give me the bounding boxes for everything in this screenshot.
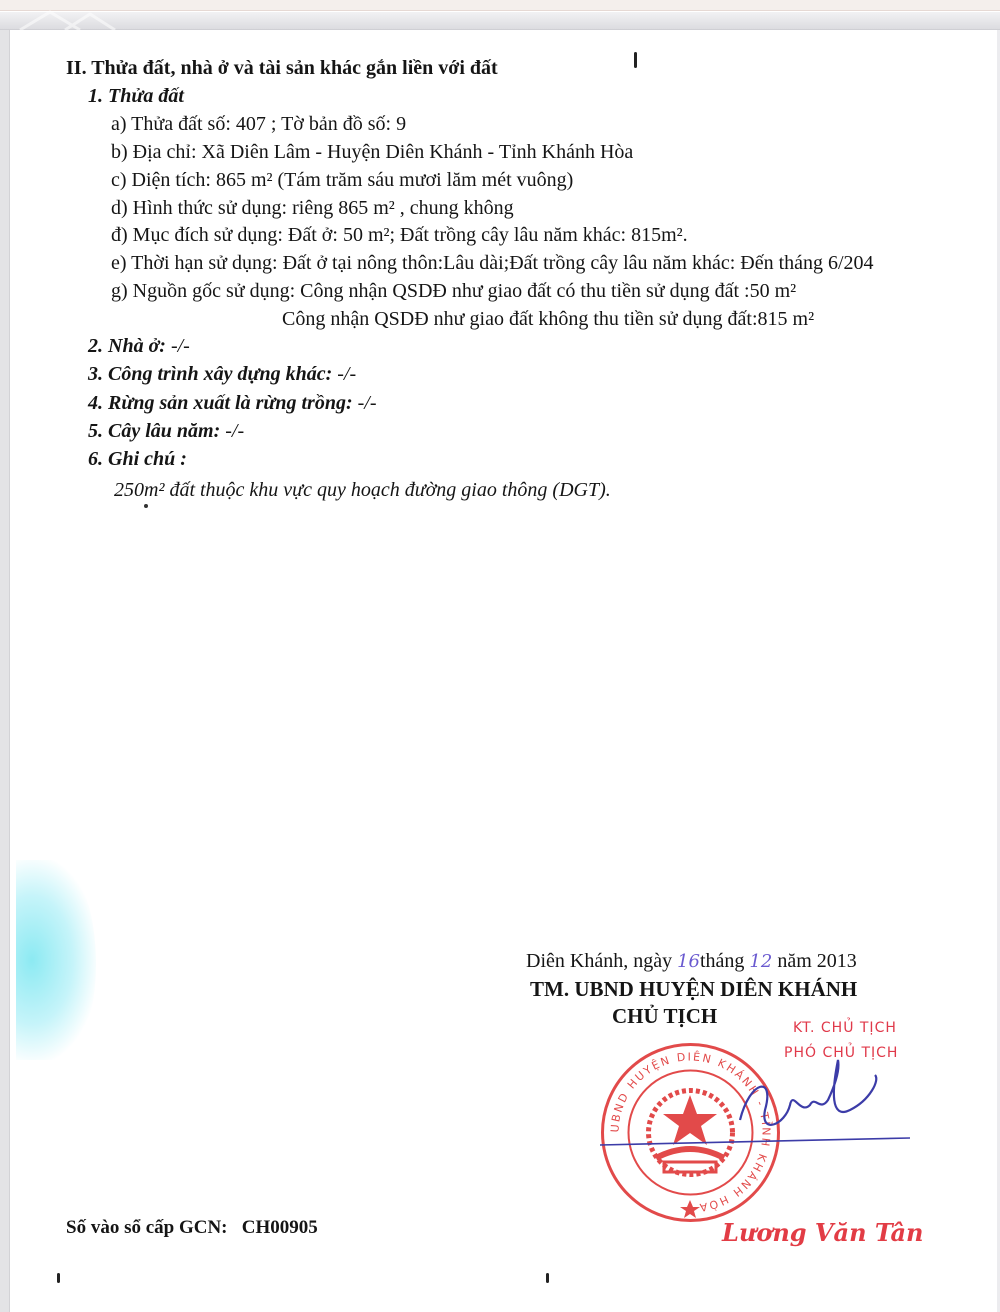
- section-heading: II. Thửa đất, nhà ở và tài sản khác gắn …: [66, 56, 498, 80]
- item-forest: 4. Rừng sản xuất là rừng trồng: -/-: [88, 391, 377, 415]
- land-line-a: a) Thửa đất số: 407 ; Tờ bản đồ số: 9: [111, 112, 406, 136]
- land-line-d: d) Hình thức sử dụng: riêng 865 m² , chu…: [111, 196, 514, 220]
- stamp-title-1: KT. CHỦ TỊCH: [793, 1020, 897, 1036]
- place-date-prefix: Diên Khánh, ngày: [526, 950, 672, 972]
- item-value: -/-: [225, 420, 244, 442]
- item-value: -/-: [358, 392, 377, 414]
- registry-label: Số vào sổ cấp GCN:: [66, 1217, 228, 1238]
- item-value: -/-: [337, 363, 356, 385]
- day-handwritten: 16: [677, 951, 700, 972]
- signer-name: Lương Văn Tân: [722, 1218, 923, 1247]
- item-label: 2. Nhà ở:: [88, 335, 166, 357]
- handwritten-signature-icon: [600, 1050, 920, 1170]
- item-label: 6. Ghi chú :: [88, 448, 187, 470]
- punch-mark: [546, 1273, 549, 1283]
- place-date: Diên Khánh, ngày 16tháng 12 năm 2013: [526, 949, 857, 974]
- note-text: 250m² đất thuộc khu vực quy hoạch đường …: [114, 478, 611, 502]
- viewer-toolbar: [0, 12, 1000, 30]
- land-heading: 1. Thửa đất: [88, 84, 184, 108]
- registry-number: Số vào sổ cấp GCN: CH00905: [66, 1216, 318, 1240]
- item-value: -/-: [171, 335, 190, 357]
- signer-role: CHỦ TỊCH: [612, 1004, 717, 1028]
- item-label: 3. Công trình xây dựng khác:: [88, 363, 332, 385]
- punch-mark: [634, 52, 637, 68]
- land-line-e: e) Thời hạn sử dụng: Đất ở tại nông thôn…: [111, 251, 874, 275]
- scroll-edge-left: [0, 30, 10, 1312]
- item-construction: 3. Công trình xây dựng khác: -/-: [88, 362, 356, 386]
- month-label: tháng: [700, 950, 744, 972]
- house-watermark-icon: [10, 8, 130, 32]
- land-line-dd: đ) Mục đích sử dụng: Đất ở: 50 m²; Đất t…: [111, 223, 688, 247]
- item-house: 2. Nhà ở: -/-: [88, 334, 190, 358]
- land-line-b: b) Địa chỉ: Xã Diên Lâm - Huyện Diên Khá…: [111, 140, 633, 164]
- item-label: 5. Cây lâu năm:: [88, 420, 220, 442]
- month-handwritten: 12: [749, 951, 772, 972]
- top-strip: [0, 0, 1000, 11]
- year-label: năm 2013: [777, 950, 856, 972]
- land-line-c: c) Diện tích: 865 m² (Tám trăm sáu mươi …: [111, 168, 573, 192]
- land-line-g2: Công nhận QSDĐ như giao đất không thu ti…: [282, 307, 814, 331]
- item-notes: 6. Ghi chú :: [88, 447, 187, 471]
- item-label: 4. Rừng sản xuất là rừng trồng:: [88, 392, 353, 414]
- punch-mark: [57, 1273, 60, 1283]
- dot-mark: [144, 504, 148, 508]
- item-perennial: 5. Cây lâu năm: -/-: [88, 419, 244, 443]
- issuing-org: TM. UBND HUYỆN DIÊN KHÁNH: [530, 977, 857, 1001]
- registry-value: CH00905: [242, 1217, 318, 1238]
- land-line-g: g) Nguồn gốc sử dụng: Công nhận QSDĐ như…: [111, 279, 796, 303]
